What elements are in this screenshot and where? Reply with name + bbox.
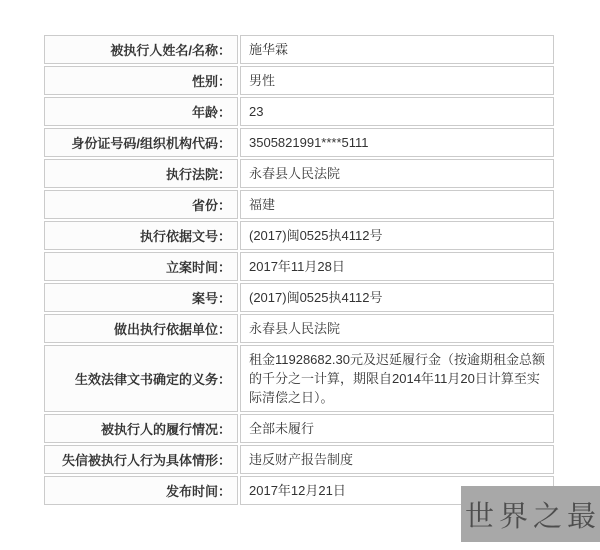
field-value: 永春县人民法院 xyxy=(240,159,554,188)
field-label: 被执行人姓名/名称： xyxy=(44,35,238,64)
field-label: 执行依据文号： xyxy=(44,221,238,250)
table-row: 执行依据文号： (2017)闽0525执4112号 xyxy=(44,221,554,250)
field-value: 福建 xyxy=(240,190,554,219)
field-label: 失信被执行人行为具体情形： xyxy=(44,445,238,474)
table-row: 执行法院： 永春县人民法院 xyxy=(44,159,554,188)
field-label: 省份： xyxy=(44,190,238,219)
table-row: 身份证号码/组织机构代码： 3505821991****5111 xyxy=(44,128,554,157)
field-value: 23 xyxy=(240,97,554,126)
table-row: 立案时间： 2017年11月28日 xyxy=(44,252,554,281)
field-value: 3505821991****5111 xyxy=(240,128,554,157)
field-value: 男性 xyxy=(240,66,554,95)
table-row: 被执行人的履行情况： 全部未履行 xyxy=(44,414,554,443)
page: 被执行人姓名/名称： 施华霖 性别： 男性 年龄： 23 身份证号码/组织机构代… xyxy=(0,0,600,550)
field-label: 做出执行依据单位： xyxy=(44,314,238,343)
field-label: 年龄： xyxy=(44,97,238,126)
table-row: 失信被执行人行为具体情形： 违反财产报告制度 xyxy=(44,445,554,474)
table-row: 案号： (2017)闽0525执4112号 xyxy=(44,283,554,312)
debtor-info-table: 被执行人姓名/名称： 施华霖 性别： 男性 年龄： 23 身份证号码/组织机构代… xyxy=(42,33,556,507)
site-watermark: 世界之最 xyxy=(461,486,600,542)
field-label: 生效法律文书确定的义务： xyxy=(44,345,238,412)
field-label: 被执行人的履行情况： xyxy=(44,414,238,443)
field-label: 发布时间： xyxy=(44,476,238,505)
table-row: 生效法律文书确定的义务： 租金11928682.30元及迟延履行金（按逾期租金总… xyxy=(44,345,554,412)
field-label: 案号： xyxy=(44,283,238,312)
field-value: 全部未履行 xyxy=(240,414,554,443)
field-value: 施华霖 xyxy=(240,35,554,64)
table-row: 年龄： 23 xyxy=(44,97,554,126)
field-label: 身份证号码/组织机构代码： xyxy=(44,128,238,157)
field-value: 租金11928682.30元及迟延履行金（按逾期租金总额的千分之一计算，期限自2… xyxy=(240,345,554,412)
table-row: 省份： 福建 xyxy=(44,190,554,219)
field-label: 立案时间： xyxy=(44,252,238,281)
field-value: (2017)闽0525执4112号 xyxy=(240,283,554,312)
table-row: 被执行人姓名/名称： 施华霖 xyxy=(44,35,554,64)
field-value: 2017年11月28日 xyxy=(240,252,554,281)
table-row: 性别： 男性 xyxy=(44,66,554,95)
table-row: 做出执行依据单位： 永春县人民法院 xyxy=(44,314,554,343)
field-label: 性别： xyxy=(44,66,238,95)
field-value: 违反财产报告制度 xyxy=(240,445,554,474)
field-label: 执行法院： xyxy=(44,159,238,188)
field-value: 永春县人民法院 xyxy=(240,314,554,343)
field-value: (2017)闽0525执4112号 xyxy=(240,221,554,250)
